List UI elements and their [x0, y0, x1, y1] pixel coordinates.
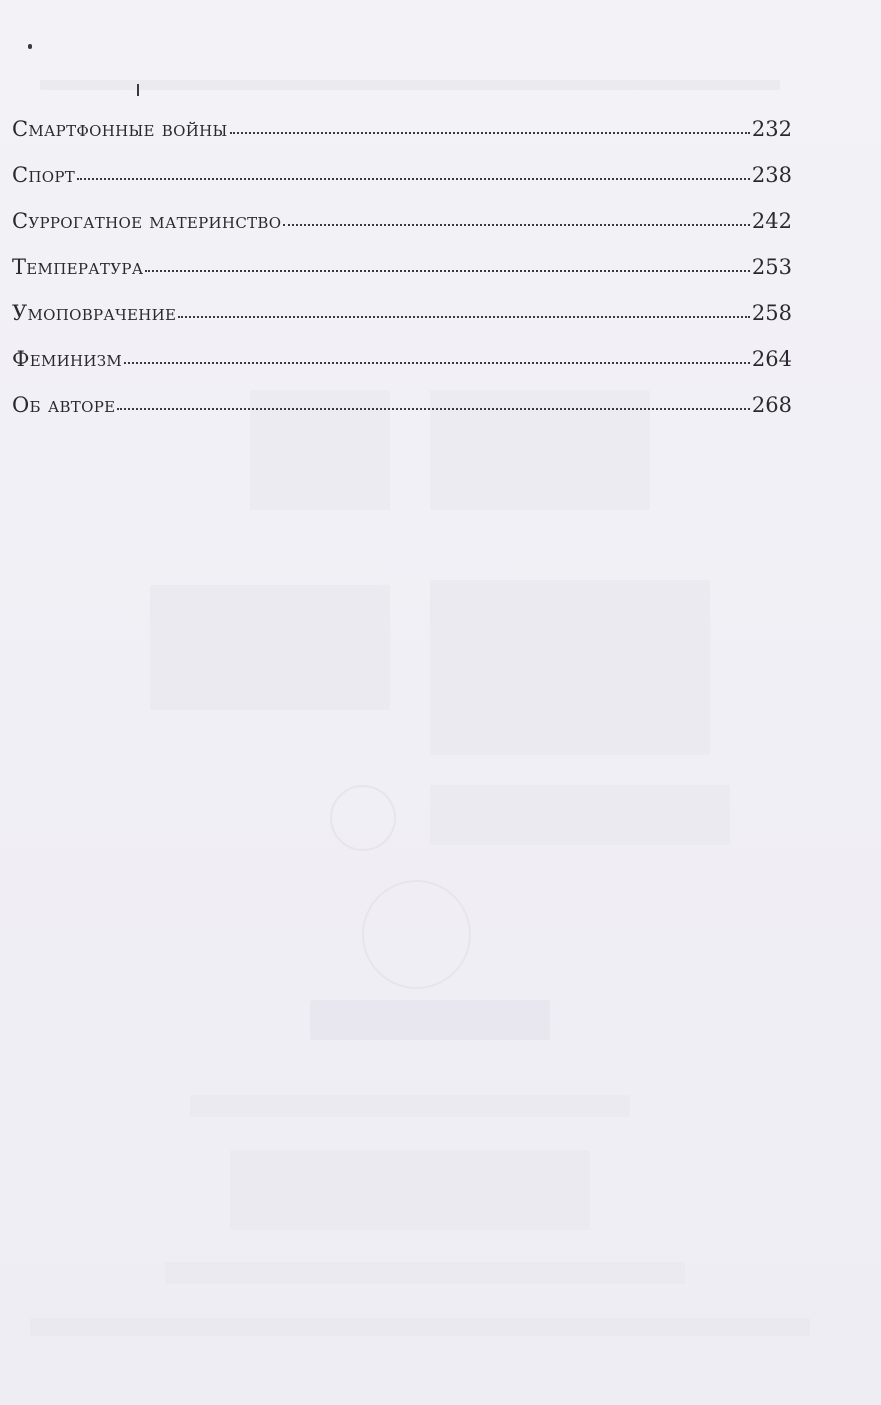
show-through-block	[230, 1150, 590, 1230]
show-through-title	[310, 1000, 550, 1040]
toc-entry[interactable]: Смартфонные войны 232	[12, 106, 792, 152]
show-through-line	[40, 80, 780, 90]
toc-entry-title: Температура	[12, 244, 143, 290]
toc-entry[interactable]: Умоповрачение 258	[12, 290, 792, 336]
toc-entry-title: Умоповрачение	[12, 290, 176, 336]
toc-entry-page: 264	[752, 336, 792, 382]
leader-dots	[145, 250, 750, 272]
toc-entry-page: 253	[752, 244, 792, 290]
show-through-block	[430, 580, 710, 755]
show-through-line	[30, 1318, 810, 1336]
leader-dots	[77, 158, 750, 180]
show-through-line	[190, 1095, 630, 1117]
show-through-emblem	[330, 785, 396, 851]
toc-entry[interactable]: Температура 253	[12, 244, 792, 290]
toc-entry-page: 268	[752, 382, 792, 428]
toc-entry-title: Феминизм	[12, 336, 122, 382]
toc-entry-page: 242	[752, 198, 792, 244]
show-through-line	[165, 1262, 685, 1284]
toc-entry-page: 238	[752, 152, 792, 198]
table-of-contents: Смартфонные войны 232 Спорт 238 Суррогат…	[12, 106, 792, 428]
ink-mark	[28, 44, 32, 49]
toc-entry[interactable]: Спорт 238	[12, 152, 792, 198]
toc-entry-title: Спорт	[12, 152, 75, 198]
toc-entry[interactable]: Об авторе 268	[12, 382, 792, 428]
toc-entry[interactable]: Суррогатное материнство 242	[12, 198, 792, 244]
leader-dots	[283, 204, 750, 226]
leader-dots	[124, 342, 750, 364]
leader-dots	[178, 296, 750, 318]
toc-entry-page: 232	[752, 106, 792, 152]
show-through-emblem	[362, 880, 471, 989]
toc-entry-title: Смартфонные войны	[12, 106, 228, 152]
toc-entry-title: Об авторе	[12, 382, 115, 428]
ink-mark	[137, 84, 139, 96]
leader-dots	[117, 388, 750, 410]
toc-entry-title: Суррогатное материнство	[12, 198, 281, 244]
leader-dots	[230, 112, 750, 134]
book-page: Смартфонные войны 232 Спорт 238 Суррогат…	[0, 0, 881, 1405]
toc-entry[interactable]: Феминизм 264	[12, 336, 792, 382]
show-through-block	[430, 785, 730, 845]
toc-entry-page: 258	[752, 290, 792, 336]
show-through-block	[150, 585, 390, 710]
